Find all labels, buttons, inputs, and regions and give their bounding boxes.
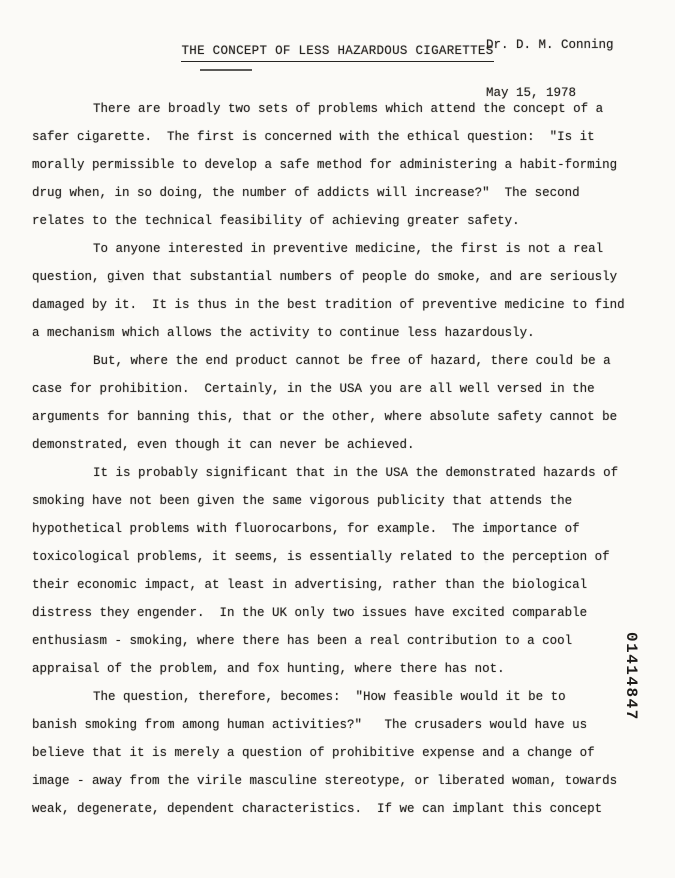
text-line: relates to the technical feasibility of … [32,207,644,235]
text-line: safer cigarette. The first is concerned … [32,123,644,151]
text-line: morally permissible to develop a safe me… [32,151,644,179]
text-line: But, where the end product cannot be fre… [32,347,644,375]
text-line: image - away from the virile masculine s… [32,767,644,795]
text-line: To anyone interested in preventive medic… [32,235,644,263]
paragraph: But, where the end product cannot be fre… [32,347,644,459]
text-line: appraisal of the problem, and fox huntin… [32,655,644,683]
text-line: toxicological problems, it seems, is ess… [32,543,644,571]
text-line: a mechanism which allows the activity to… [32,319,644,347]
title-underline-fragment [200,69,252,71]
paragraph: To anyone interested in preventive medic… [32,235,644,347]
text-line: The question, therefore, becomes: "How f… [32,683,644,711]
paragraph: There are broadly two sets of problems w… [32,95,644,235]
text-line: drug when, in so doing, the number of ad… [32,179,644,207]
paragraph: It is probably significant that in the U… [32,459,644,683]
document-body: There are broadly two sets of problems w… [32,95,644,823]
text-line: demonstrated, even though it can never b… [32,431,644,459]
text-line: banish smoking from among human activiti… [32,711,644,739]
text-line: weak, degenerate, dependent characterist… [32,795,644,823]
text-line: enthusiasm - smoking, where there has be… [32,627,644,655]
title-text: THE CONCEPT OF LESS HAZARDOUS CIGARETTES [181,44,493,62]
text-line: It is probably significant that in the U… [32,459,644,487]
document-page: Dr. D. M. Conning May 15, 1978 THE CONCE… [0,0,675,878]
text-line: There are broadly two sets of problems w… [32,95,644,123]
text-line: smoking have not been given the same vig… [32,487,644,515]
text-line: arguments for banning this, that or the … [32,403,644,431]
text-line: believe that it is merely a question of … [32,739,644,767]
document-title: THE CONCEPT OF LESS HAZARDOUS CIGARETTES [0,44,675,62]
text-line: case for prohibition. Certainly, in the … [32,375,644,403]
text-line: hypothetical problems with fluorocarbons… [32,515,644,543]
text-line: distress they engender. In the UK only t… [32,599,644,627]
text-line: question, given that substantial numbers… [32,263,644,291]
paragraph: The question, therefore, becomes: "How f… [32,683,644,823]
text-line: damaged by it. It is thus in the best tr… [32,291,644,319]
bates-number-stamp: 01414847 [622,632,640,721]
text-line: their economic impact, at least in adver… [32,571,644,599]
